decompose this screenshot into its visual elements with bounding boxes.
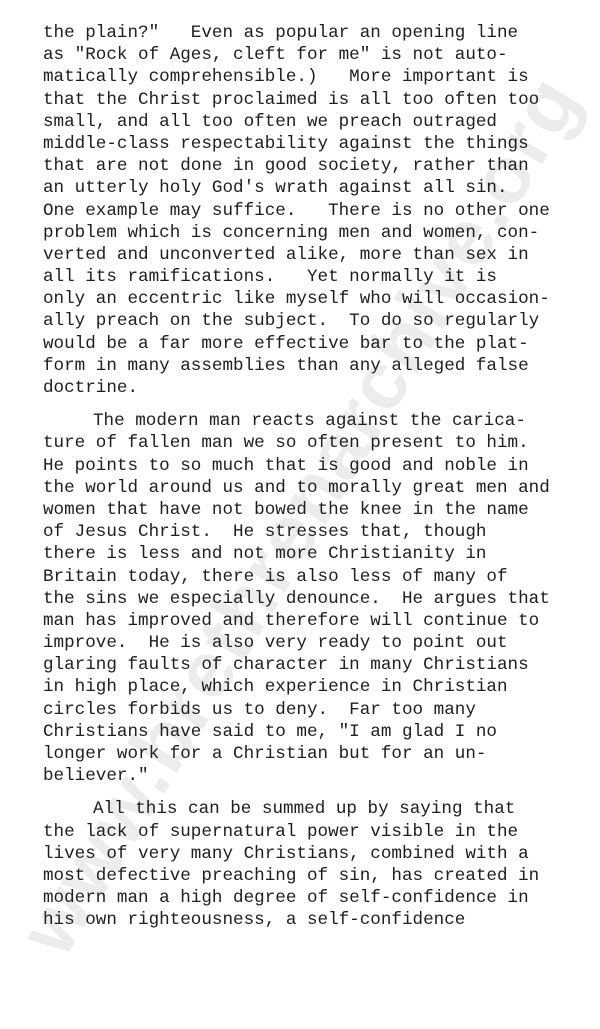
text-line: matically comprehensible.) More importan… xyxy=(43,66,583,88)
text-line: lives of very many Christians, combined … xyxy=(43,843,583,865)
text-line: women that have not bowed the knee in th… xyxy=(43,499,583,521)
text-line: in high place, which experience in Chris… xyxy=(43,676,583,698)
text-line: an utterly holy God's wrath against all … xyxy=(43,177,583,199)
text-line: the lack of supernatural power visible i… xyxy=(43,821,583,843)
paragraph-2: The modern man reacts against the carica… xyxy=(43,410,583,787)
text-line: glaring faults of character in many Chri… xyxy=(43,654,583,676)
text-line: modern man a high degree of self-confide… xyxy=(43,887,583,909)
text-line: verted and unconverted alike, more than … xyxy=(43,244,583,266)
text-line: would be a far more effective bar to the… xyxy=(43,333,583,355)
text-line: All this can be summed up by saying that xyxy=(43,798,583,820)
text-line: the plain?" Even as popular an opening l… xyxy=(43,22,583,44)
text-line: doctrine. xyxy=(43,377,583,399)
text-line: that the Christ proclaimed is all too of… xyxy=(43,89,583,111)
text-line: believer." xyxy=(43,765,583,787)
text-line: Christians have said to me, "I am glad I… xyxy=(43,721,583,743)
text-line: all its ramifications. Yet normally it i… xyxy=(43,266,583,288)
text-line: longer work for a Christian but for an u… xyxy=(43,743,583,765)
text-line: the sins we especially denounce. He argu… xyxy=(43,588,583,610)
text-line: middle-class respectability against the … xyxy=(43,133,583,155)
text-line: form in many assemblies than any alleged… xyxy=(43,355,583,377)
document-body: the plain?" Even as popular an opening l… xyxy=(43,22,583,932)
text-line: The modern man reacts against the carica… xyxy=(43,410,583,432)
document-page: www.brethrenarchive.org the plain?" Even… xyxy=(0,0,600,1029)
text-line: He points to so much that is good and no… xyxy=(43,455,583,477)
text-line: small, and all too often we preach outra… xyxy=(43,111,583,133)
paragraph-1: the plain?" Even as popular an opening l… xyxy=(43,22,583,399)
text-line: his own righteousness, a self-confidence xyxy=(43,909,583,931)
text-line: most defective preaching of sin, has cre… xyxy=(43,865,583,887)
text-line: there is less and not more Christianity … xyxy=(43,543,583,565)
text-line: ture of fallen man we so often present t… xyxy=(43,432,583,454)
text-line: improve. He is also very ready to point … xyxy=(43,632,583,654)
text-line: the world around us and to morally great… xyxy=(43,477,583,499)
text-line: of Jesus Christ. He stresses that, thoug… xyxy=(43,521,583,543)
text-line: circles forbids us to deny. Far too many xyxy=(43,699,583,721)
paragraph-3: All this can be summed up by saying that… xyxy=(43,798,583,931)
text-line: ally preach on the subject. To do so reg… xyxy=(43,310,583,332)
text-line: problem which is concerning men and wome… xyxy=(43,222,583,244)
text-line: One example may suffice. There is no oth… xyxy=(43,200,583,222)
text-line: that are not done in good society, rathe… xyxy=(43,155,583,177)
text-line: man has improved and therefore will cont… xyxy=(43,610,583,632)
text-line: only an eccentric like myself who will o… xyxy=(43,288,583,310)
text-line: Britain today, there is also less of man… xyxy=(43,566,583,588)
text-line: as "Rock of Ages, cleft for me" is not a… xyxy=(43,44,583,66)
